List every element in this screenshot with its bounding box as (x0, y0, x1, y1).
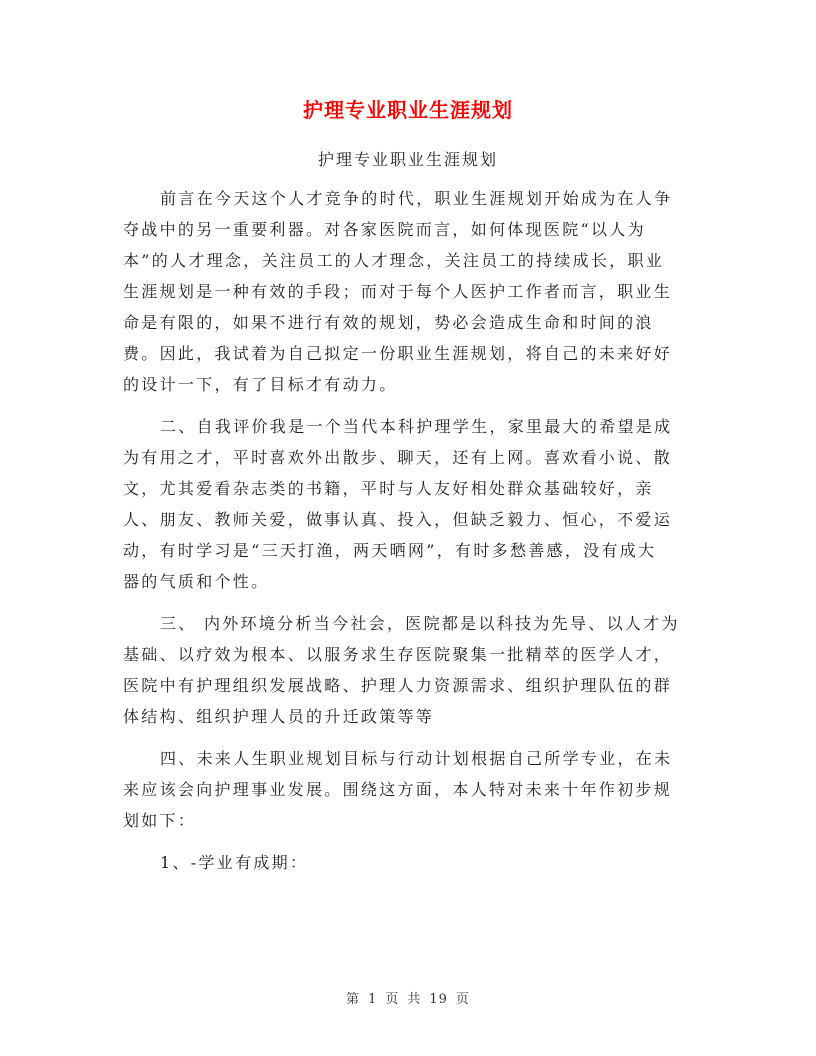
document-page: 护理专业职业生涯规划 护理专业职业生涯规划 前言在今天这个人才竞争的时代，职业生… (0, 0, 816, 1056)
text-line: 二、自我评价我是一个当代本科护理学生，家里最大的希望是成 (123, 411, 698, 442)
paragraph-career-goals: 四、未来人生职业规划目标与行动计划根据自己所学专业，在未 来应该会向护理事业发展… (123, 743, 698, 836)
footer-total-prefix: 共 (407, 992, 421, 1007)
text-line: 划如下： (123, 805, 698, 836)
text-line: 1、-学业有成期： (123, 847, 698, 878)
text-line: 为有用之才，平时喜欢外出散步、聊天，还有上网。喜欢看小说、散 (123, 442, 698, 473)
text-line: 费。因此，我试着为自己拟定一份职业生涯规划，将自己的未来好好 (123, 338, 698, 369)
paragraph-environment-analysis: 三、 内外环境分析当今社会，医院都是以科技为先导、以人才为 基础、以疗效为根本、… (123, 608, 698, 732)
page-footer: 第1页共19页 (0, 988, 816, 1007)
document-subtitle: 护理专业职业生涯规划 (0, 148, 816, 172)
text-line: 的设计一下，有了目标才有动力。 (123, 369, 698, 400)
text-line: 器的气质和个性。 (123, 566, 698, 597)
text-line: 医院中有护理组织发展战略、护理人力资源需求、组织护理队伍的群 (123, 670, 698, 701)
footer-total-suffix: 页 (456, 992, 470, 1007)
text-line: 三、 内外环境分析当今社会，医院都是以科技为先导、以人才为 (123, 608, 698, 639)
paragraph-phase-1: 1、-学业有成期： (123, 847, 698, 878)
document-body: 前言在今天这个人才竞争的时代，职业生涯规划开始成为在人争 夺战中的另一重要利器。… (123, 183, 698, 889)
text-line: 四、未来人生职业规划目标与行动计划根据自己所学专业，在未 (123, 743, 698, 774)
text-line: 本”的人才理念，关注员工的人才理念，关注员工的持续成长，职业 (123, 245, 698, 276)
paragraph-preface: 前言在今天这个人才竞争的时代，职业生涯规划开始成为在人争 夺战中的另一重要利器。… (123, 183, 698, 400)
text-line: 文，尤其爱看杂志类的书籍，平时与人友好相处群众基础较好，亲 (123, 473, 698, 504)
text-line: 命是有限的，如果不进行有效的规划，势必会造成生命和时间的浪 (123, 307, 698, 338)
text-line: 生涯规划是一种有效的手段；而对于每个人医护工作者而言，职业生 (123, 276, 698, 307)
current-page-number: 1 (368, 992, 377, 1007)
text-line: 体结构、组织护理人员的升迁政策等等 (123, 701, 698, 732)
text-line: 夺战中的另一重要利器。对各家医院而言，如何体现医院“以人为 (123, 214, 698, 245)
document-title: 护理专业职业生涯规划 (0, 96, 816, 124)
text-line: 人、朋友、教师关爱，做事认真、投入，但缺乏毅力、恒心，不爱运 (123, 504, 698, 535)
text-line: 基础、以疗效为根本、以服务求生存医院聚集一批精萃的医学人才， (123, 639, 698, 670)
footer-page-word: 页 (385, 992, 399, 1007)
text-line: 来应该会向护理事业发展。围绕这方面，本人特对未来十年作初步规 (123, 774, 698, 805)
total-pages-number: 19 (429, 992, 448, 1007)
text-line: 动，有时学习是“三天打渔，两天晒网”，有时多愁善感，没有成大 (123, 535, 698, 566)
footer-prefix: 第 (346, 992, 360, 1007)
text-line: 前言在今天这个人才竞争的时代，职业生涯规划开始成为在人争 (123, 183, 698, 214)
paragraph-self-evaluation: 二、自我评价我是一个当代本科护理学生，家里最大的希望是成 为有用之才，平时喜欢外… (123, 411, 698, 597)
